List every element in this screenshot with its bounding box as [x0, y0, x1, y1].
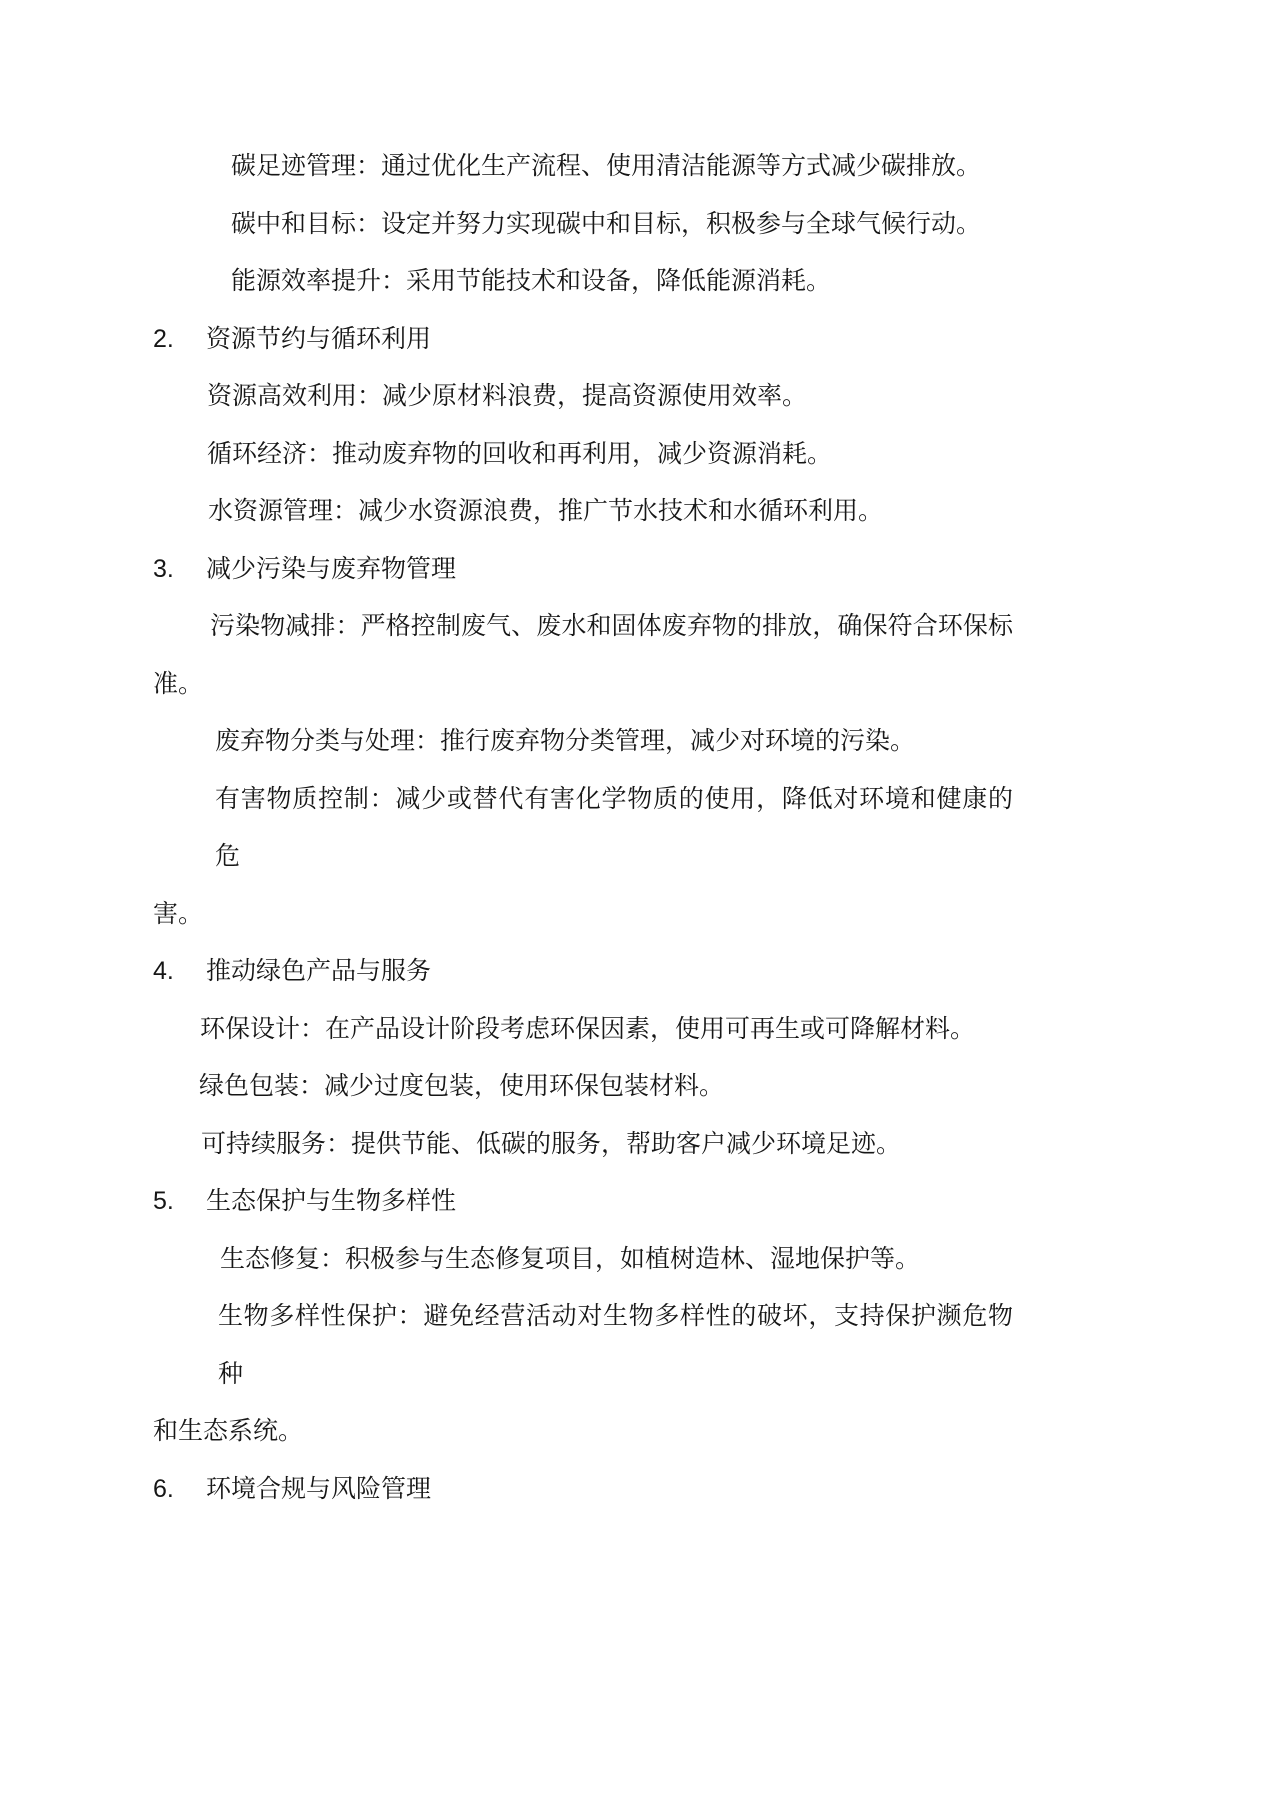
paragraph-line: 资源高效利用：减少原材料浪费，提高资源使用效率。	[153, 368, 1013, 426]
document-page: 碳足迹管理：通过优化生产流程、使用清洁能源等方式减少碳排放。碳中和目标：设定并努…	[0, 0, 1279, 1809]
list-number: 2.	[153, 311, 206, 369]
paragraph-line: 生物多样性保护：避免经营活动对生物多样性的破坏，支持保护濒危物种	[153, 1288, 1013, 1403]
numbered-item: 6.环境合规与风险管理	[153, 1461, 1013, 1519]
paragraph-line: 准。	[153, 656, 1013, 714]
paragraph-line: 有害物质控制：减少或替代有害化学物质的使用，降低对环境和健康的危	[153, 771, 1013, 886]
numbered-item: 2.资源节约与循环利用	[153, 311, 1013, 369]
paragraph-line: 害。	[153, 886, 1013, 944]
heading-text: 资源节约与循环利用	[206, 326, 431, 353]
numbered-item: 4.推动绿色产品与服务	[153, 943, 1013, 1001]
paragraph-line: 碳中和目标：设定并努力实现碳中和目标，积极参与全球气候行动。	[153, 196, 1013, 254]
list-number: 4.	[153, 943, 206, 1001]
heading-text: 环境合规与风险管理	[206, 1476, 431, 1503]
heading-text: 推动绿色产品与服务	[206, 958, 431, 985]
paragraph-line: 废弃物分类与处理：推行废弃物分类管理，减少对环境的污染。	[153, 713, 1013, 771]
paragraph-line: 碳足迹管理：通过优化生产流程、使用清洁能源等方式减少碳排放。	[153, 138, 1013, 196]
paragraph-line: 循环经济：推动废弃物的回收和再利用，减少资源消耗。	[153, 426, 1013, 484]
paragraph-line: 污染物减排：严格控制废气、废水和固体废弃物的排放，确保符合环保标	[153, 598, 1013, 656]
paragraph-line: 生态修复：积极参与生态修复项目，如植树造林、湿地保护等。	[153, 1231, 1013, 1289]
numbered-item: 3.减少污染与废弃物管理	[153, 541, 1013, 599]
list-number: 6.	[153, 1461, 206, 1519]
paragraph-line: 可持续服务：提供节能、低碳的服务，帮助客户减少环境足迹。	[153, 1116, 1013, 1174]
list-number: 5.	[153, 1173, 206, 1231]
heading-text: 减少污染与废弃物管理	[206, 556, 456, 583]
paragraph-line: 环保设计：在产品设计阶段考虑环保因素，使用可再生或可降解材料。	[153, 1001, 1013, 1059]
numbered-item: 5.生态保护与生物多样性	[153, 1173, 1013, 1231]
heading-text: 生态保护与生物多样性	[206, 1188, 456, 1215]
paragraph-line: 能源效率提升：采用节能技术和设备，降低能源消耗。	[153, 253, 1013, 311]
paragraph-line: 水资源管理：减少水资源浪费，推广节水技术和水循环利用。	[153, 483, 1013, 541]
paragraph-line: 和生态系统。	[153, 1403, 1013, 1461]
list-number: 3.	[153, 541, 206, 599]
paragraph-line: 绿色包装：减少过度包装，使用环保包装材料。	[153, 1058, 1013, 1116]
